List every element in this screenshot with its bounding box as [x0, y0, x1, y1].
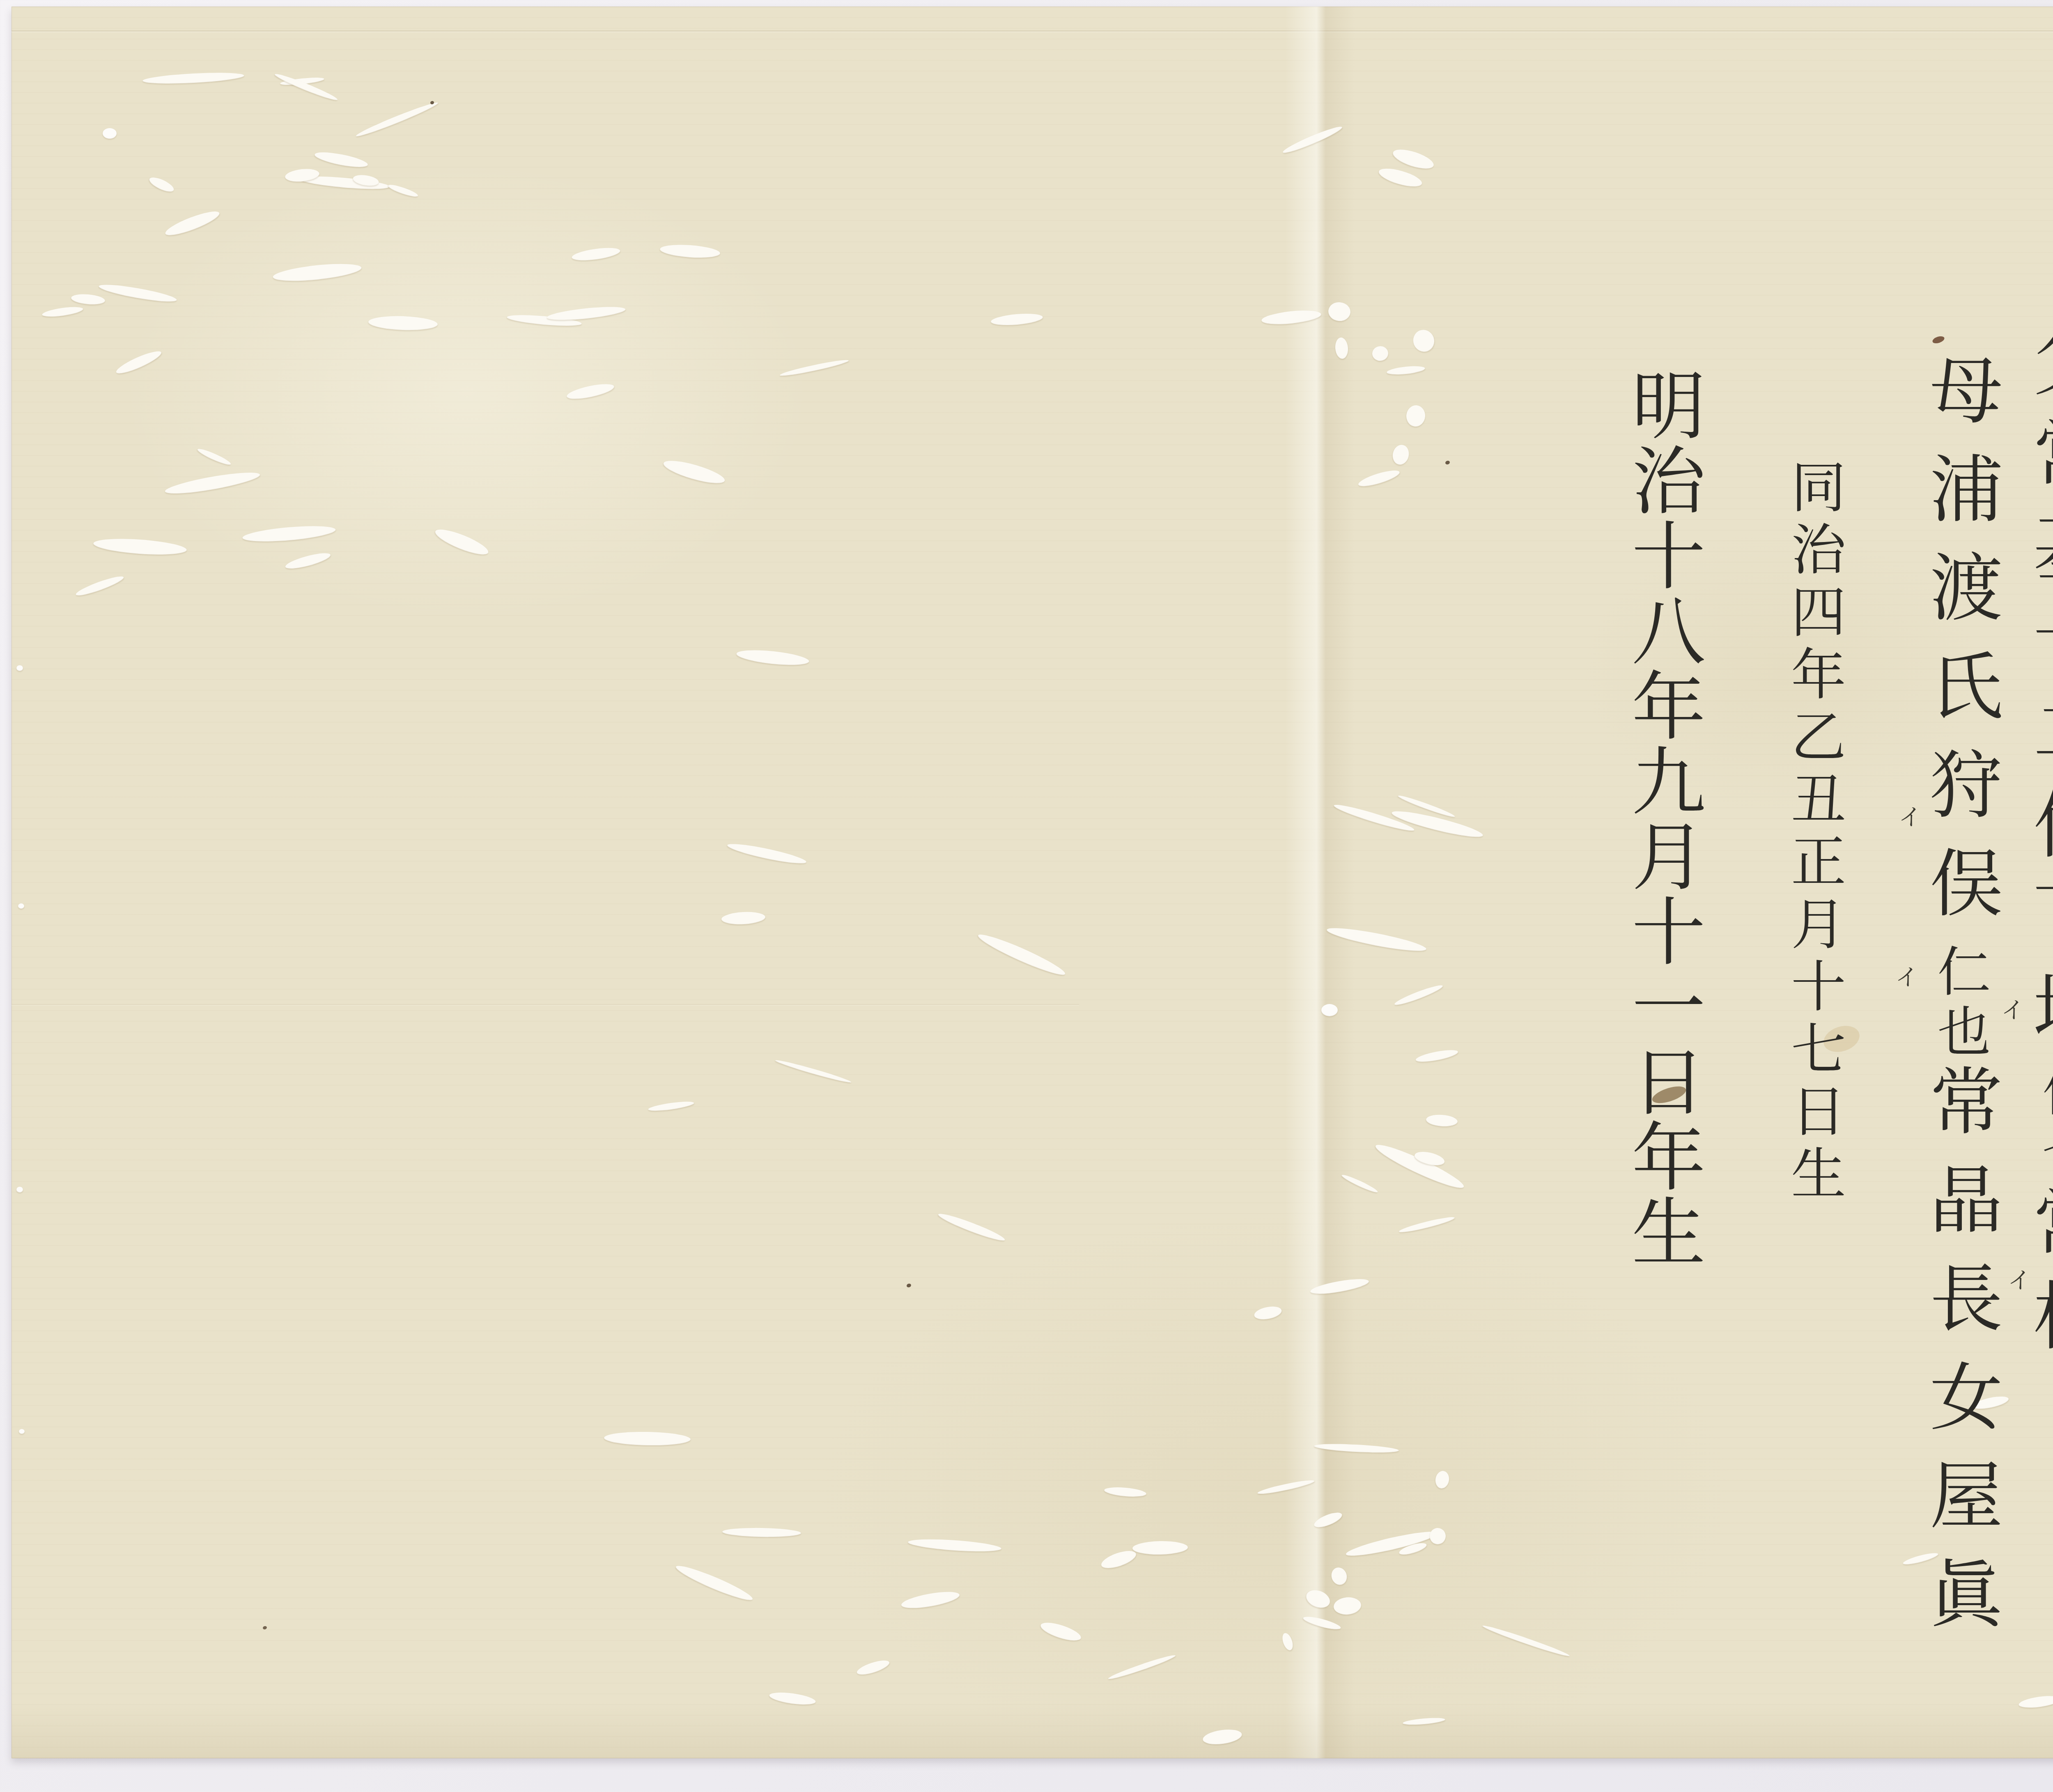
damage-spot [1280, 1632, 1295, 1652]
damage-spot [855, 1658, 891, 1677]
text-column-birth-date: 同治四年乙丑正月十七日生 [1787, 458, 1842, 1207]
damage-spot [1333, 1596, 1362, 1616]
damage-spot [1426, 1114, 1458, 1127]
damage-spot [196, 447, 232, 467]
damage-spot [1341, 1173, 1379, 1195]
text-segment: 父常基十二代下地 [2021, 323, 2053, 1062]
damage-spot [164, 469, 261, 498]
damage-spot [1373, 1140, 1467, 1194]
ink-speck [1931, 335, 1945, 345]
damage-spot [661, 456, 727, 487]
damage-spot [74, 573, 125, 598]
text-column-mother: 母浦渡氏狩俣仁也常晶長女屋眞 [1923, 352, 1996, 1654]
damage-spot [1202, 1727, 1243, 1746]
text-segment: 仁也 [1929, 944, 1991, 1063]
fold-crease-top [11, 30, 2053, 32]
damage-spot [1261, 308, 1322, 326]
damage-spot [1309, 1276, 1370, 1297]
damage-spot [769, 1690, 816, 1707]
damage-spot [774, 1058, 852, 1085]
damage-spot [648, 1100, 694, 1113]
kana-annotation: イ [2008, 1262, 2031, 1295]
damage-spot [571, 246, 621, 263]
damage-spot [990, 312, 1043, 327]
damage-spot [314, 149, 369, 170]
damage-spot [1314, 1443, 1399, 1454]
damage-spot [722, 1527, 801, 1537]
damage-spot [71, 293, 106, 306]
text-column-father: 父常基十二代下地仁也常相 [2027, 323, 2053, 1369]
worm-hole [19, 1429, 25, 1434]
damage-spot [1430, 1528, 1446, 1545]
damage-spot [726, 841, 808, 867]
damage-spot [433, 525, 491, 559]
bottom-shading [11, 1702, 2053, 1758]
damage-spot [1393, 983, 1444, 1008]
damage-spot [1386, 365, 1425, 376]
worm-hole [16, 1187, 23, 1192]
damage-spot [98, 281, 177, 305]
damage-spot [1334, 337, 1349, 360]
damage-spot [721, 911, 765, 926]
scanned-document: { "document": { "kind": "handwritten-gen… [0, 0, 2053, 1792]
damage-spot [546, 304, 626, 323]
damage-spot [368, 315, 438, 331]
ink-speck [906, 1283, 912, 1288]
kana-annotation: イ [1895, 959, 1918, 992]
damage-spot [1039, 1619, 1083, 1644]
manuscript-page: 常綱大城仁也 童名宇毛屋 父常基十二代下地仁也常相 母浦渡氏狩俣仁也常晶長女屋眞… [11, 7, 2053, 1758]
text-column-meiji-date: 明治十八年九月十一日年生 [1625, 367, 1699, 1269]
damage-spot [41, 305, 84, 319]
fold-crease-left [11, 1004, 1079, 1006]
damage-spot [1398, 1215, 1455, 1234]
damage-spot [674, 1561, 755, 1604]
damage-spot [659, 243, 721, 260]
damage-spot [387, 183, 419, 199]
damage-spot [1377, 165, 1424, 191]
text-segment: 同治四年乙丑正月十七日生 [1782, 458, 1846, 1207]
damage-spot [1099, 1547, 1138, 1571]
damage-spot [907, 1537, 1001, 1554]
damage-spot [272, 261, 362, 284]
damage-spot [142, 71, 245, 86]
damage-spot [1391, 443, 1411, 466]
damage-spot [900, 1589, 960, 1612]
damage-spot [147, 175, 176, 194]
damage-spot [1304, 1587, 1332, 1611]
worm-hole [1321, 1004, 1338, 1016]
damage-spot [273, 71, 339, 103]
damage-spot [93, 536, 187, 557]
damage-spot [1329, 1565, 1349, 1587]
kana-annotation: イ [2001, 992, 2024, 1025]
damage-spot [1325, 924, 1427, 956]
damage-spot [736, 648, 810, 668]
damage-spot [1405, 404, 1426, 427]
damage-spot [976, 930, 1068, 980]
damage-spot [2018, 1694, 2053, 1710]
text-segment: 仁也 [2033, 1062, 2053, 1184]
damage-spot [355, 100, 439, 139]
damage-spot [1281, 124, 1344, 156]
text-segment: 明治十八年九月十一日年生 [1619, 367, 1705, 1269]
damage-spot [1257, 1478, 1315, 1496]
text-segment: 母浦渡氏狩俣 [1918, 352, 2002, 944]
worm-hole [103, 128, 117, 139]
text-segment: 常晶長女屋眞 [1918, 1063, 2002, 1654]
damage-spot [163, 207, 221, 240]
ink-speck [262, 1626, 267, 1630]
damage-spot [1327, 301, 1352, 322]
center-fold [1285, 7, 1355, 1758]
damage-spot [1481, 1623, 1571, 1659]
damage-spot [937, 1211, 1006, 1244]
damage-spot [779, 358, 849, 378]
damage-spot [1104, 1486, 1146, 1498]
damage-spot [1410, 327, 1438, 355]
ink-speck [1445, 460, 1450, 465]
worm-hole [18, 903, 24, 909]
damage-spot [284, 550, 332, 572]
damage-spot [1371, 345, 1389, 362]
damage-spot [565, 381, 615, 402]
damage-spot [1415, 1048, 1459, 1064]
kana-annotation: イ [1899, 799, 1922, 832]
damage-spot [604, 1431, 691, 1446]
damage-spot [1391, 146, 1436, 172]
damage-spot [1132, 1541, 1188, 1555]
damage-spot [1107, 1653, 1176, 1682]
damage-spot [1357, 467, 1401, 489]
damage-spot [1312, 1509, 1344, 1530]
damage-spot [1434, 1470, 1450, 1490]
damage-spot [1302, 1614, 1342, 1632]
damage-spot [114, 348, 163, 377]
damage-spot [1403, 1716, 1446, 1726]
damage-spot [1253, 1305, 1283, 1321]
damage-spot [242, 523, 336, 544]
worm-hole [16, 665, 23, 671]
